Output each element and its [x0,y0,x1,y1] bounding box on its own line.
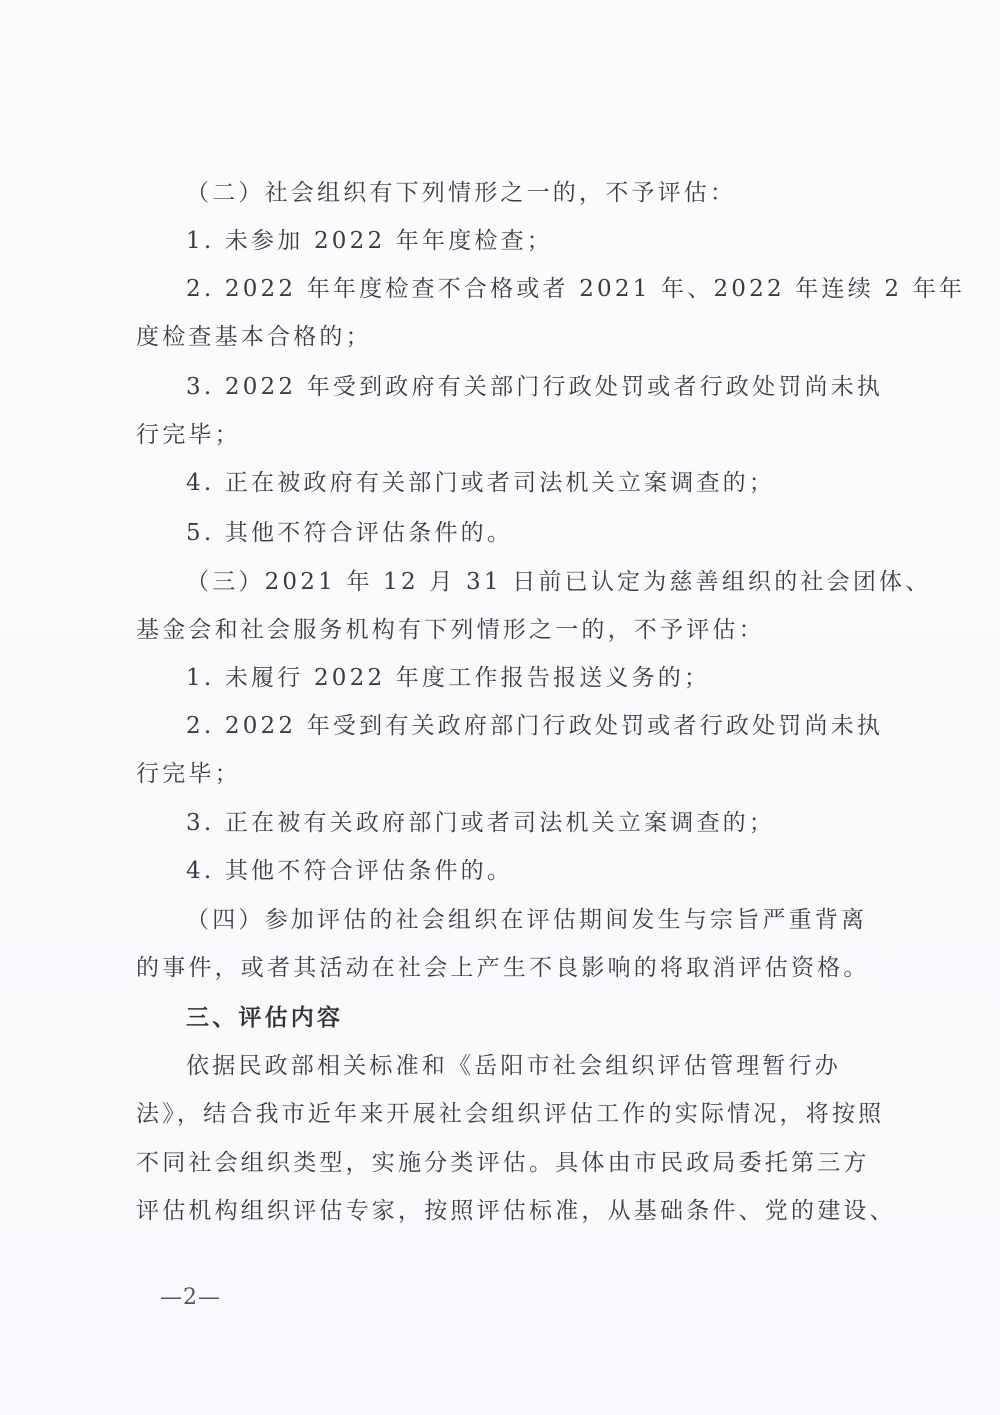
list-item-3-4: 4. 其他不符合评估条件的。 [186,856,916,886]
subsection-4-paragraph: （四）参加评估的社会组织在评估期间发生与宗旨严重背离 [186,905,916,935]
list-item-2-2: 2. 2022 年年度检查不合格或者 2021 年、2022 年连续 2 年年 [186,274,916,304]
list-item-2-4: 4. 正在被政府有关部门或者司法机关立案调查的； [186,468,916,498]
list-item-3-3: 3. 正在被有关政府部门或者司法机关立案调查的； [186,808,916,838]
list-item-2-3-cont: 行完毕； [136,420,866,450]
list-item-3-2-cont: 行完毕； [136,759,866,789]
list-item-2-5: 5. 其他不符合评估条件的。 [186,518,916,548]
list-item-2-1: 1. 未参加 2022 年年度检查； [186,226,916,256]
list-item-2-2-cont: 度检查基本合格的； [136,322,866,352]
document-page: （二）社会组织有下列情形之一的，不予评估： 1. 未参加 2022 年年度检查；… [0,0,1000,1415]
section-3-heading: 三、评估内容 [186,1003,916,1033]
subsection-4-paragraph-cont: 的事件，或者其活动在社会上产生不良影响的将取消评估资格。 [136,953,866,983]
evaluation-content-paragraph-line-3: 不同社会组织类型，实施分类评估。具体由市民政局委托第三方 [136,1148,866,1178]
evaluation-content-paragraph-line-4: 评估机构组织评估专家，按照评估标准，从基础条件、党的建设、 [136,1196,866,1226]
evaluation-content-paragraph-line-1: 依据民政部相关标准和《岳阳市社会组织评估管理暂行办 [186,1051,916,1081]
subsection-3-heading: （三）2021 年 12 月 31 日前已认定为慈善组织的社会团体、 [186,567,916,597]
subsection-2-heading: （二）社会组织有下列情形之一的，不予评估： [186,178,916,208]
page-number: —2— [160,1285,221,1311]
evaluation-content-paragraph-line-2: 法》，结合我市近年来开展社会组织评估工作的实际情况，将按照 [136,1099,866,1129]
subsection-3-heading-cont: 基金会和社会服务机构有下列情形之一的，不予评估： [136,615,866,645]
list-item-3-2: 2. 2022 年受到有关政府部门行政处罚或者行政处罚尚未执 [186,711,916,741]
list-item-3-1: 1. 未履行 2022 年度工作报告报送义务的； [186,663,916,693]
list-item-2-3: 3. 2022 年受到政府有关部门行政处罚或者行政处罚尚未执 [186,372,916,402]
